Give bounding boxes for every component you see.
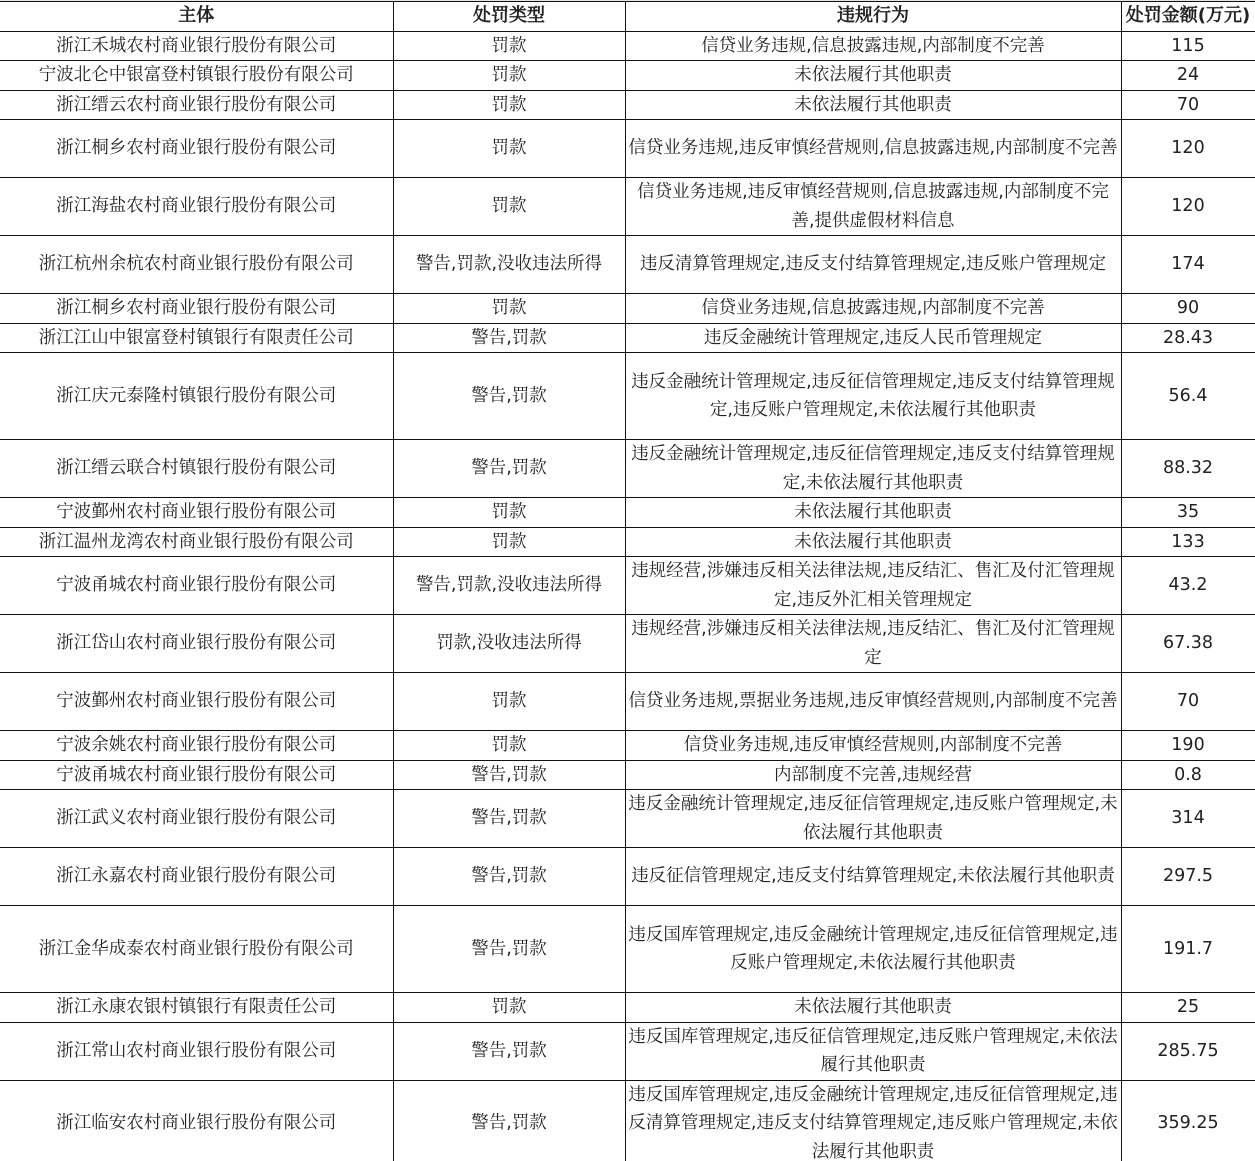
cell-violation: 违反国库管理规定,违反金融统计管理规定,违反征信管理规定,违反清算管理规定,违反… bbox=[625, 1080, 1121, 1161]
cell-amount: 0.8 bbox=[1121, 760, 1255, 790]
table-row: 浙江常山农村商业银行股份有限公司警告,罚款违反国库管理规定,违反征信管理规定,违… bbox=[0, 1022, 1255, 1080]
cell-entity: 浙江常山农村商业银行股份有限公司 bbox=[0, 1022, 393, 1080]
cell-violation: 违反金融统计管理规定,违反人民币管理规定 bbox=[625, 323, 1121, 353]
cell-penalty-type: 警告,罚款 bbox=[393, 353, 625, 440]
cell-violation: 违反金融统计管理规定,违反征信管理规定,违反支付结算管理规定,未依法履行其他职责 bbox=[625, 440, 1121, 498]
cell-entity: 浙江桐乡农村商业银行股份有限公司 bbox=[0, 294, 393, 324]
table-row: 浙江缙云联合村镇银行股份有限公司警告,罚款违反金融统计管理规定,违反征信管理规定… bbox=[0, 440, 1255, 498]
cell-violation: 信贷业务违规,信息披露违规,内部制度不完善 bbox=[625, 294, 1121, 324]
header-entity: 主体 bbox=[0, 2, 393, 32]
cell-entity: 浙江缙云联合村镇银行股份有限公司 bbox=[0, 440, 393, 498]
header-amount: 处罚金额(万元) bbox=[1121, 2, 1255, 32]
cell-violation: 未依法履行其他职责 bbox=[625, 993, 1121, 1023]
cell-amount: 297.5 bbox=[1121, 848, 1255, 906]
cell-penalty-type: 警告,罚款 bbox=[393, 440, 625, 498]
table-row: 浙江武义农村商业银行股份有限公司警告,罚款违反金融统计管理规定,违反征信管理规定… bbox=[0, 790, 1255, 848]
cell-entity: 浙江岱山农村商业银行股份有限公司 bbox=[0, 615, 393, 673]
cell-penalty-type: 罚款 bbox=[393, 61, 625, 91]
cell-penalty-type: 罚款 bbox=[393, 498, 625, 528]
cell-amount: 314 bbox=[1121, 790, 1255, 848]
cell-entity: 宁波鄞州农村商业银行股份有限公司 bbox=[0, 498, 393, 528]
cell-entity: 浙江温州龙湾农村商业银行股份有限公司 bbox=[0, 527, 393, 557]
cell-penalty-type: 警告,罚款 bbox=[393, 906, 625, 993]
cell-amount: 56.4 bbox=[1121, 353, 1255, 440]
cell-entity: 浙江江山中银富登村镇银行有限责任公司 bbox=[0, 323, 393, 353]
cell-amount: 24 bbox=[1121, 61, 1255, 91]
cell-violation: 内部制度不完善,违规经营 bbox=[625, 760, 1121, 790]
table-row: 浙江杭州余杭农村商业银行股份有限公司警告,罚款,没收违法所得违反清算管理规定,违… bbox=[0, 236, 1255, 294]
cell-amount: 88.32 bbox=[1121, 440, 1255, 498]
cell-amount: 28.43 bbox=[1121, 323, 1255, 353]
cell-penalty-type: 警告,罚款 bbox=[393, 790, 625, 848]
table-row: 宁波鄞州农村商业银行股份有限公司罚款信贷业务违规,票据业务违规,违反审慎经营规则… bbox=[0, 673, 1255, 731]
cell-violation: 信贷业务违规,违反审慎经营规则,信息披露违规,内部制度不完善 bbox=[625, 120, 1121, 178]
table-row: 浙江温州龙湾农村商业银行股份有限公司罚款未依法履行其他职责133 bbox=[0, 527, 1255, 557]
cell-penalty-type: 罚款 bbox=[393, 673, 625, 731]
table-row: 浙江江山中银富登村镇银行有限责任公司警告,罚款违反金融统计管理规定,违反人民币管… bbox=[0, 323, 1255, 353]
cell-amount: 120 bbox=[1121, 120, 1255, 178]
cell-penalty-type: 警告,罚款 bbox=[393, 1022, 625, 1080]
cell-amount: 359.25 bbox=[1121, 1080, 1255, 1161]
table-row: 浙江岱山农村商业银行股份有限公司罚款,没收违法所得违规经营,涉嫌违反相关法律法规… bbox=[0, 615, 1255, 673]
table-row: 宁波甬城农村商业银行股份有限公司警告,罚款内部制度不完善,违规经营0.8 bbox=[0, 760, 1255, 790]
cell-entity: 浙江杭州余杭农村商业银行股份有限公司 bbox=[0, 236, 393, 294]
table-row: 宁波鄞州农村商业银行股份有限公司罚款未依法履行其他职责35 bbox=[0, 498, 1255, 528]
cell-violation: 违反国库管理规定,违反征信管理规定,违反账户管理规定,未依法履行其他职责 bbox=[625, 1022, 1121, 1080]
table-row: 浙江永嘉农村商业银行股份有限公司警告,罚款违反征信管理规定,违反支付结算管理规定… bbox=[0, 848, 1255, 906]
table-row: 浙江缙云农村商业银行股份有限公司罚款未依法履行其他职责70 bbox=[0, 90, 1255, 120]
table-row: 浙江桐乡农村商业银行股份有限公司罚款信贷业务违规,信息披露违规,内部制度不完善9… bbox=[0, 294, 1255, 324]
cell-penalty-type: 罚款,没收违法所得 bbox=[393, 615, 625, 673]
cell-penalty-type: 罚款 bbox=[393, 294, 625, 324]
cell-entity: 浙江武义农村商业银行股份有限公司 bbox=[0, 790, 393, 848]
table-row: 宁波北仑中银富登村镇银行股份有限公司罚款未依法履行其他职责24 bbox=[0, 61, 1255, 91]
cell-violation: 信贷业务违规,信息披露违规,内部制度不完善 bbox=[625, 31, 1121, 61]
cell-amount: 285.75 bbox=[1121, 1022, 1255, 1080]
cell-entity: 浙江海盐农村商业银行股份有限公司 bbox=[0, 178, 393, 236]
cell-penalty-type: 罚款 bbox=[393, 31, 625, 61]
cell-violation: 违反征信管理规定,违反支付结算管理规定,未依法履行其他职责 bbox=[625, 848, 1121, 906]
cell-penalty-type: 警告,罚款 bbox=[393, 1080, 625, 1161]
cell-violation: 未依法履行其他职责 bbox=[625, 498, 1121, 528]
cell-violation: 违反金融统计管理规定,违反征信管理规定,违反账户管理规定,未依法履行其他职责 bbox=[625, 790, 1121, 848]
cell-entity: 宁波北仑中银富登村镇银行股份有限公司 bbox=[0, 61, 393, 91]
header-violation: 违规行为 bbox=[625, 2, 1121, 32]
cell-violation: 违反国库管理规定,违反金融统计管理规定,违反征信管理规定,违反账户管理规定,未依… bbox=[625, 906, 1121, 993]
table-row: 浙江临安农村商业银行股份有限公司警告,罚款违反国库管理规定,违反金融统计管理规定… bbox=[0, 1080, 1255, 1161]
header-row: 主体 处罚类型 违规行为 处罚金额(万元) bbox=[0, 2, 1255, 32]
cell-entity: 宁波甬城农村商业银行股份有限公司 bbox=[0, 557, 393, 615]
cell-penalty-type: 警告,罚款,没收违法所得 bbox=[393, 236, 625, 294]
cell-amount: 115 bbox=[1121, 31, 1255, 61]
header-penalty-type: 处罚类型 bbox=[393, 2, 625, 32]
cell-penalty-type: 罚款 bbox=[393, 527, 625, 557]
cell-violation: 未依法履行其他职责 bbox=[625, 90, 1121, 120]
cell-amount: 70 bbox=[1121, 90, 1255, 120]
cell-violation: 违反金融统计管理规定,违反征信管理规定,违反支付结算管理规定,违反账户管理规定,… bbox=[625, 353, 1121, 440]
cell-entity: 宁波余姚农村商业银行股份有限公司 bbox=[0, 731, 393, 761]
table-row: 浙江海盐农村商业银行股份有限公司罚款信贷业务违规,违反审慎经营规则,信息披露违规… bbox=[0, 178, 1255, 236]
cell-penalty-type: 警告,罚款 bbox=[393, 848, 625, 906]
cell-amount: 67.38 bbox=[1121, 615, 1255, 673]
cell-violation: 未依法履行其他职责 bbox=[625, 61, 1121, 91]
table-row: 宁波余姚农村商业银行股份有限公司罚款信贷业务违规,违反审慎经营规则,内部制度不完… bbox=[0, 731, 1255, 761]
cell-amount: 90 bbox=[1121, 294, 1255, 324]
cell-penalty-type: 罚款 bbox=[393, 178, 625, 236]
penalty-table: 主体 处罚类型 违规行为 处罚金额(万元) 浙江禾城农村商业银行股份有限公司罚款… bbox=[0, 1, 1255, 1161]
cell-amount: 35 bbox=[1121, 498, 1255, 528]
cell-entity: 浙江缙云农村商业银行股份有限公司 bbox=[0, 90, 393, 120]
cell-violation: 违规经营,涉嫌违反相关法律法规,违反结汇、售汇及付汇管理规定 bbox=[625, 615, 1121, 673]
cell-entity: 浙江桐乡农村商业银行股份有限公司 bbox=[0, 120, 393, 178]
cell-violation: 违反清算管理规定,违反支付结算管理规定,违反账户管理规定 bbox=[625, 236, 1121, 294]
cell-penalty-type: 警告,罚款 bbox=[393, 760, 625, 790]
cell-violation: 信贷业务违规,违反审慎经营规则,内部制度不完善 bbox=[625, 731, 1121, 761]
cell-penalty-type: 罚款 bbox=[393, 993, 625, 1023]
cell-entity: 浙江临安农村商业银行股份有限公司 bbox=[0, 1080, 393, 1161]
cell-penalty-type: 罚款 bbox=[393, 90, 625, 120]
cell-penalty-type: 警告,罚款 bbox=[393, 323, 625, 353]
cell-amount: 43.2 bbox=[1121, 557, 1255, 615]
table-row: 浙江庆元泰隆村镇银行股份有限公司警告,罚款违反金融统计管理规定,违反征信管理规定… bbox=[0, 353, 1255, 440]
cell-violation: 信贷业务违规,票据业务违规,违反审慎经营规则,内部制度不完善 bbox=[625, 673, 1121, 731]
cell-amount: 174 bbox=[1121, 236, 1255, 294]
cell-entity: 浙江庆元泰隆村镇银行股份有限公司 bbox=[0, 353, 393, 440]
cell-penalty-type: 罚款 bbox=[393, 120, 625, 178]
table-row: 浙江永康农银村镇银行有限责任公司罚款未依法履行其他职责25 bbox=[0, 993, 1255, 1023]
cell-violation: 信贷业务违规,违反审慎经营规则,信息披露违规,内部制度不完善,提供虚假材料信息 bbox=[625, 178, 1121, 236]
cell-amount: 70 bbox=[1121, 673, 1255, 731]
cell-entity: 宁波甬城农村商业银行股份有限公司 bbox=[0, 760, 393, 790]
cell-entity: 宁波鄞州农村商业银行股份有限公司 bbox=[0, 673, 393, 731]
cell-entity: 浙江永康农银村镇银行有限责任公司 bbox=[0, 993, 393, 1023]
cell-amount: 133 bbox=[1121, 527, 1255, 557]
table-row: 浙江禾城农村商业银行股份有限公司罚款信贷业务违规,信息披露违规,内部制度不完善1… bbox=[0, 31, 1255, 61]
cell-entity: 浙江永嘉农村商业银行股份有限公司 bbox=[0, 848, 393, 906]
cell-penalty-type: 罚款 bbox=[393, 731, 625, 761]
cell-entity: 浙江金华成泰农村商业银行股份有限公司 bbox=[0, 906, 393, 993]
table-row: 浙江金华成泰农村商业银行股份有限公司警告,罚款违反国库管理规定,违反金融统计管理… bbox=[0, 906, 1255, 993]
cell-violation: 未依法履行其他职责 bbox=[625, 527, 1121, 557]
cell-amount: 191.7 bbox=[1121, 906, 1255, 993]
cell-amount: 120 bbox=[1121, 178, 1255, 236]
cell-entity: 浙江禾城农村商业银行股份有限公司 bbox=[0, 31, 393, 61]
table-row: 浙江桐乡农村商业银行股份有限公司罚款信贷业务违规,违反审慎经营规则,信息披露违规… bbox=[0, 120, 1255, 178]
cell-violation: 违规经营,涉嫌违反相关法律法规,违反结汇、售汇及付汇管理规定,违反外汇相关管理规… bbox=[625, 557, 1121, 615]
cell-amount: 190 bbox=[1121, 731, 1255, 761]
cell-amount: 25 bbox=[1121, 993, 1255, 1023]
table-row: 宁波甬城农村商业银行股份有限公司警告,罚款,没收违法所得违规经营,涉嫌违反相关法… bbox=[0, 557, 1255, 615]
table-body: 浙江禾城农村商业银行股份有限公司罚款信贷业务违规,信息披露违规,内部制度不完善1… bbox=[0, 31, 1255, 1161]
cell-penalty-type: 警告,罚款,没收违法所得 bbox=[393, 557, 625, 615]
